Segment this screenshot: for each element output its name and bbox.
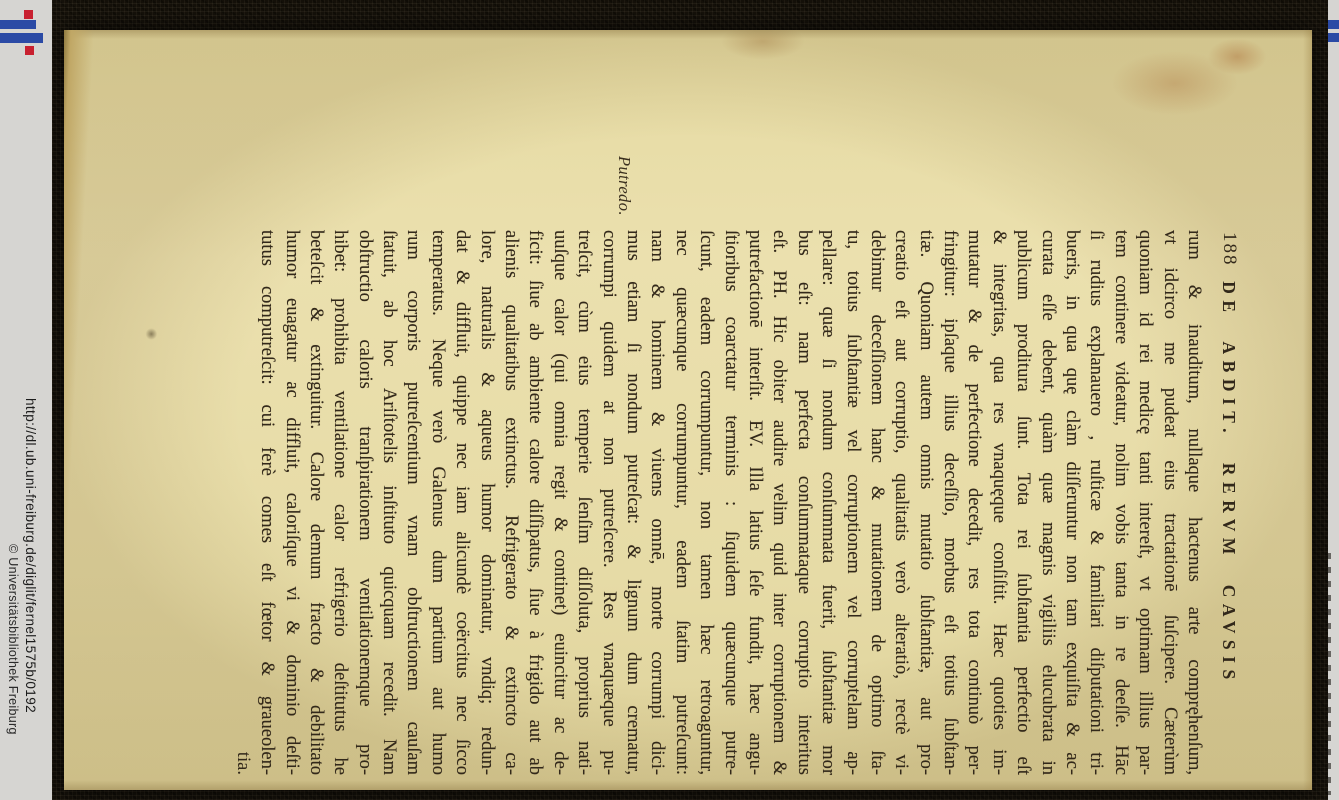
cutoff-stamp-text <box>1328 553 1331 795</box>
text-line: ſi rudius explanauero , ruſticæ & famili… <box>1084 230 1108 775</box>
text-line: nam & hominem & viuens omnē, morte corru… <box>645 230 669 775</box>
text-line: ſcunt, eadem corrumpuntur, non tamen hæc… <box>694 230 718 775</box>
text-line: nec quæcunque corrumpuntur, eadem ſtatim… <box>669 230 693 775</box>
text-line: uuſque calor (qui omnia regit & continet… <box>547 230 571 775</box>
registration-red-square-icon <box>24 10 33 19</box>
page-content-rotated: 188 DE ABDIT. RERVM CAVSIS Putredo. rum … <box>64 30 1312 790</box>
text-line: mutatur & de perfectione decedit, res to… <box>962 230 986 775</box>
catchword: tia. <box>232 230 253 775</box>
text-line: humor euagatur ac diffluit, caloriſque v… <box>279 230 303 775</box>
registration-blue-bar-icon <box>1328 33 1339 42</box>
book-page: 188 DE ABDIT. RERVM CAVSIS Putredo. rum … <box>64 30 1312 790</box>
text-line: fringitur: ipſaque illius deceſſio, morb… <box>938 230 962 775</box>
text-line: beteſcit & extinguitur. Calore demum fra… <box>304 230 328 775</box>
text-line: mus etiam ſi nondum putreſcat: & lignum … <box>621 230 645 775</box>
text-line: lore, naturalis & aqueus humor dominatur… <box>474 230 498 775</box>
text-line: bus eſt: nam perfecta conſummataque corr… <box>791 230 815 775</box>
text-line: eſt. PH. Hic obiter audire velim quid in… <box>767 230 791 775</box>
stamp-url: http://dl.ub.uni-freiburg.de/diglit/fern… <box>23 398 38 800</box>
margin-note: Putredo. <box>614 156 634 216</box>
text-line: tu, totius ſubſtantiæ vel corruptionem v… <box>840 230 864 775</box>
scanner-strip-right <box>1328 0 1339 800</box>
text-line: treſcit, cùm eius temperie ſenſim diſſol… <box>572 230 596 775</box>
scanner-strip-left: http://dl.ub.uni-freiburg.de/diglit/fern… <box>0 0 52 800</box>
text-line: rum & inauditum, nullaque hactenus arte … <box>1182 230 1206 775</box>
text-line: ſtatuit, ab hoc Ariſtotelis inſtituto qu… <box>377 230 401 775</box>
text-line: rum corporis putreſcentium vnam obſtruct… <box>401 230 425 775</box>
text-line: alienis qualitatibus extinctus. Refriger… <box>499 230 523 775</box>
stamp-copyright: © Universitätsbibliothek Freiburg <box>6 544 20 800</box>
registration-blue-bar-icon <box>1328 20 1339 29</box>
text-line: ſtioribus coarctatur terminis : ſiquidem… <box>718 230 742 775</box>
text-line: pellare: quæ ſi nondum conſummata fuerit… <box>816 230 840 775</box>
registration-blue-bar-icon <box>0 33 43 43</box>
text-line: creatio eſt aut corruptio, qualitatis ve… <box>889 230 913 775</box>
scanned-book-photograph: { "scanner": { "url_stamp": "http://dl.u… <box>0 0 1339 800</box>
registration-blue-bar-icon <box>0 20 36 29</box>
text-line: & integritas, qua res vnaquęque conſiſti… <box>986 230 1010 775</box>
text-line: temperatus. Neque verò Galenus dum parti… <box>426 230 450 775</box>
text-line: tem continere videatur, nolim vobis tant… <box>1108 230 1132 775</box>
registration-red-square-icon <box>25 46 34 55</box>
text-line: tiæ. Quoniam autem omnis mutatio ſubſtan… <box>913 230 937 775</box>
text-line: curata eſſe debent, quàm quæ magnis vigi… <box>1035 230 1059 775</box>
running-title: DE ABDIT. RERVM CAVSIS <box>1218 230 1239 737</box>
text-line: bueris, in qua quę clàm diſſeruntur non … <box>1060 230 1084 775</box>
body-text: rum & inauditum, nullaque hactenus arte … <box>255 230 1206 775</box>
registration-mark-icon <box>0 0 52 60</box>
text-line: publicum proditura ſunt. Tota rei ſubſta… <box>1011 230 1035 775</box>
text-line: putrefactionē interſit. EV. Illa latius … <box>743 230 767 775</box>
text-line: debimur deceſſionem hanc & mutationem de… <box>865 230 889 775</box>
digitization-stamp: http://dl.ub.uni-freiburg.de/diglit/fern… <box>6 398 38 800</box>
text-line: dat & diffluit, quippe nec iam alicundè … <box>450 230 474 775</box>
text-line: vt idcirco me pudeat eius tractationē ſu… <box>1157 230 1181 775</box>
text-line: tutus computreſcit: cui ferè comes eſt f… <box>255 230 279 775</box>
text-line: hibet: prohibita ventilatione calor refr… <box>328 230 352 775</box>
page-header: 188 DE ABDIT. RERVM CAVSIS <box>1212 230 1240 777</box>
text-line: ficit: ſiue ab ambiente calore diſſipatu… <box>523 230 547 775</box>
text-line: obſtructio caloris tranſpirationem venti… <box>352 230 376 775</box>
text-line: corrumpi quidem at non putreſcere. Res v… <box>596 230 620 775</box>
text-line: quoniam id rei medicę tanti intereſt, vt… <box>1133 230 1157 775</box>
